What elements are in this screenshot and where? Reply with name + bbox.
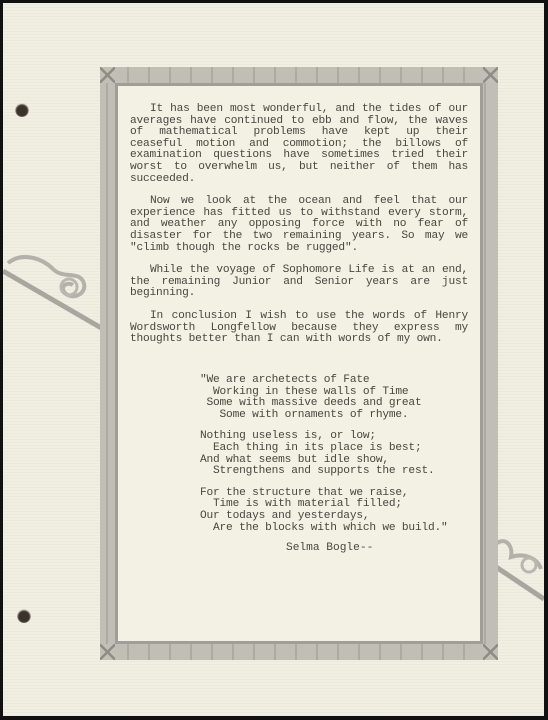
punch-hole [17, 609, 31, 623]
poem-line: Strengthens and supports the rest. [200, 466, 448, 478]
poem-line: Some with ornaments of rhyme. [200, 410, 448, 422]
letter-body: It has been most wonderful, and the tide… [130, 104, 468, 357]
poem: "We are archetects of Fate Working in th… [200, 375, 448, 544]
poem-stanza: Nothing useless is, or low; Each thing i… [200, 431, 448, 477]
paragraph: It has been most wonderful, and the tide… [130, 104, 468, 185]
poem-line: "We are archetects of Fate [200, 375, 448, 387]
poem-line: Our todays and yesterdays, [200, 511, 448, 523]
poem-line: Each thing in its place is best; [200, 443, 448, 455]
scroll-ornament-right [493, 535, 544, 605]
paragraph: Now we look at the ocean and feel that o… [130, 196, 468, 254]
scroll-ornament-left [3, 241, 103, 333]
signature: Selma Bogle-- [286, 542, 373, 554]
poem-stanza: For the structure that we raise, Time is… [200, 488, 448, 534]
poem-stanza: "We are archetects of Fate Working in th… [200, 375, 448, 421]
poem-line: Are the blocks with which we build." [200, 523, 448, 535]
punch-hole [15, 103, 29, 117]
paragraph: In conclusion I wish to use the words of… [130, 311, 468, 346]
paragraph: While the voyage of Sophomore Life is at… [130, 265, 468, 300]
